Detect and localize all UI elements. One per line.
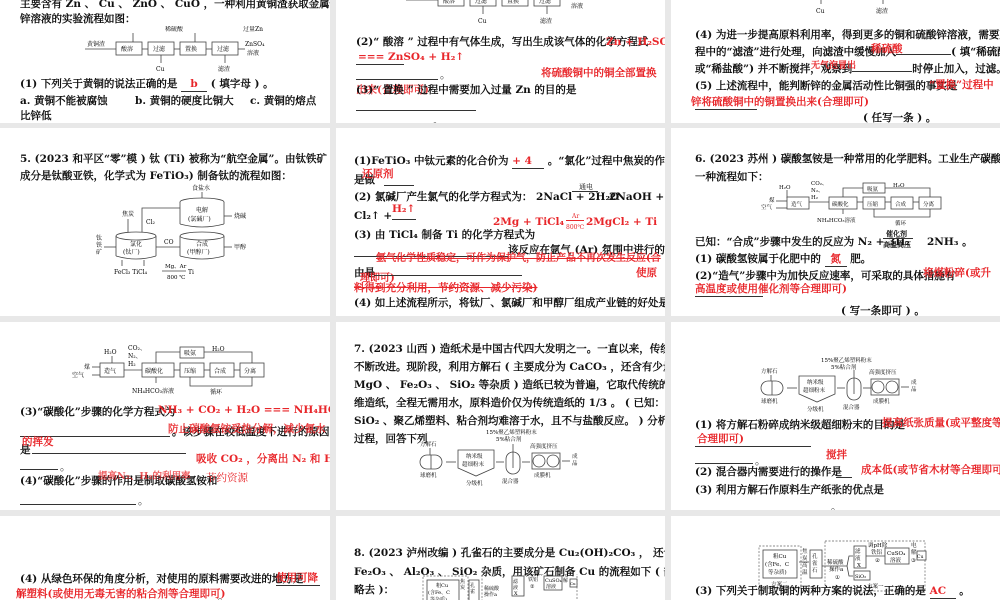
svg-text:铁铝: 铁铝 (871, 548, 883, 556)
answer-line (20, 469, 58, 470)
svg-text:③: ③ (911, 557, 916, 564)
period: 。 (433, 114, 444, 123)
question-5-title: 5. (2023 和平区“零”模 ) 钛 (Ti) 被称为“航空金属”。由钛铁矿… (20, 152, 330, 166)
condition-label: 高温高压 (883, 238, 911, 252)
svg-text:孔: 孔 (470, 582, 475, 589)
svg-text:(含Fe、C: (含Fe、C (765, 560, 789, 568)
svg-text:5%粘合剂: 5%粘合剂 (496, 435, 522, 443)
option-c-wrap: 比锌低 (20, 109, 52, 123)
svg-text:CuSO₄: CuSO₄ (887, 551, 906, 557)
flow-label: 稀硫酸 (165, 26, 184, 33)
question-1: (1)FeTiO₃ 中钛元素的化合价为 + 4 。“氯化”过程中焦炭的作用 (354, 154, 665, 169)
svg-text:Cu: Cu (478, 18, 487, 25)
answer-4a: 吸收 CO₂ ，分离出 N₂ 和 H₂ (196, 452, 330, 466)
svg-text:滤渣: 滤渣 (876, 7, 888, 15)
svg-text:成: 成 (911, 378, 917, 386)
known-reaction: 已知：“合成”步骤中发生的反应为 N₂ + 3H₂ (695, 235, 910, 249)
svg-text:置换: 置换 (185, 45, 197, 53)
svg-text:Cu: Cu (156, 66, 165, 73)
svg-text:Ti: Ti (188, 269, 194, 276)
svg-text:稀硫酸: 稀硫酸 (827, 558, 844, 566)
svg-text:CO₂、: CO₂、 (128, 345, 146, 352)
answer-line (20, 504, 136, 505)
svg-text:空气: 空气 (72, 371, 84, 379)
svg-text:稀硫酸: 稀硫酸 (484, 585, 500, 592)
svg-text:NH₄HCO₃溶液: NH₄HCO₃溶液 (132, 387, 174, 395)
answer-line (695, 109, 757, 110)
answer-2: 搅拌 (826, 448, 847, 462)
svg-text:分级机: 分级机 (466, 479, 483, 487)
question-5-tail: ( 任写一条 ) 。 (863, 111, 936, 123)
svg-text:15%聚乙烯塑料粉末: 15%聚乙烯塑料粉末 (821, 356, 872, 364)
period: 。 (831, 500, 842, 510)
svg-text:H₂O: H₂O (212, 346, 225, 353)
question-1: (1) 将方解石粉碎成纳米级超细粉末的目的是 (695, 418, 905, 432)
answer-line (695, 446, 811, 447)
svg-text:H₂O: H₂O (779, 185, 791, 191)
svg-text:空气: 空气 (761, 203, 773, 211)
option-c: c. 黄铜的熔点 (250, 94, 316, 108)
copper-flow-diagram: 粗Cu(含Fe、C等杂质) 焦炭 孔雀 稀硫酸操作a 滤液X 调pH除铁铝② C… (422, 574, 592, 600)
answer: b (181, 77, 207, 92)
answer-3b: 2MgCl₂ + Ti (586, 215, 657, 229)
answer-line (695, 463, 753, 464)
answer-line (32, 453, 186, 454)
flow-label: 过量Zn (243, 26, 263, 33)
question-4: (4) 如上述流程所示，将钛厂、氯碱厂和甲醇厂组成产业链的好处是 (354, 296, 665, 310)
question-7-body: SiO₂ 、聚乙烯塑料、粘合剂均难溶于水，且不与盐酸反应。 ) 分析生产 (354, 414, 665, 428)
flow-diagram: Cu 滤渣 (801, 0, 921, 21)
answer-4b: 节约资源 (206, 471, 248, 485)
answer-3: 成本低(或节省木材等合理即可) (861, 463, 1000, 477)
svg-text:②: ② (530, 584, 535, 590)
svg-text:酸溶: 酸溶 (443, 0, 455, 5)
option-a: a. 黄铜不能被腐蚀 (20, 94, 108, 108)
question-4: (4) 从绿色环保的角度分析，对使用的原料需要改进的地方是 (20, 572, 303, 586)
svg-text:②: ② (875, 557, 880, 564)
slide-9[interactable]: 15%聚乙烯塑料粉末5%粘合剂 方解石 球磨机 纳米级超细粉末 分级机 混合器 … (671, 322, 1000, 510)
svg-text:孔: 孔 (812, 552, 818, 560)
answer-3a: 2Mg + TiCl₄ (493, 215, 564, 229)
question-1: (1) 下列关于黄铜的说法正确的是 b ( 填字母 ) 。 (20, 77, 274, 92)
svg-text:方解石: 方解石 (761, 367, 778, 375)
question-2: (2) 混合器内需要进行的操作是 (695, 465, 842, 479)
svg-text:(含Fe、C: (含Fe、C (428, 589, 450, 596)
svg-text:品: 品 (911, 385, 917, 393)
ammonium-flow-diagram: H₂OCO₂、N₂、H₂ 煤空气 造气 碳酸化 压缩 合成 分离 吸氨 H₂O … (68, 342, 268, 402)
svg-text:H₂O: H₂O (893, 183, 905, 189)
answer-4: 料得到充分利用，节约资源、减少污染) (354, 281, 537, 295)
answer-4b: 解塑料(或使用无毒无害的粘合剂等合理即可) (16, 587, 225, 600)
svg-text:Mg、Ar: Mg、Ar (165, 264, 187, 270)
answer-4-overlap: 提高N₂、H₂的利用率 (98, 470, 190, 484)
question-3: (3) 由 TiCl₄ 制备 Ti 的化学方程式为 (354, 228, 535, 242)
svg-text:过滤: 过滤 (153, 45, 166, 53)
period: 。 (138, 494, 149, 508)
svg-text:FeCl₃ TiCl₄: FeCl₃ TiCl₄ (114, 269, 148, 276)
question-3: (3)“ 置换 ” 过程中需要加入过量 Zn 的目的是 (356, 83, 576, 97)
svg-text:食盐水: 食盐水 (192, 184, 210, 192)
svg-text:矿: 矿 (96, 248, 102, 256)
slide-4[interactable]: 5. (2023 和平区“零”模 ) 钛 (Ti) 被称为“航空金属”。由钛铁矿… (0, 128, 330, 316)
question-2: (2)“ 酸溶 ” 过程中有气体生成，写出生成该气体的化学方程式 (356, 35, 648, 49)
answer-line (356, 110, 476, 111)
question-6-body: 一种流程如下： (695, 170, 769, 184)
svg-text:铁铝: 铁铝 (528, 576, 538, 583)
answer-3-reason-b: 的挥发 (22, 435, 54, 449)
answer-3: NH₃ + CO₂ + H₂O === NH₄HCO₃ (158, 403, 330, 417)
svg-text:炭: 炭 (802, 554, 808, 562)
period: 。 (218, 590, 229, 600)
svg-text:混合器: 混合器 (502, 477, 519, 485)
question-4-line2: 程中的“滤渣”进行处理，向滤渣中缓慢加入( 填“稀硫酸” (695, 45, 1000, 59)
svg-text:X: X (857, 563, 861, 569)
question-3: (3)“碳酸化”步骤的化学方程式为 (20, 405, 175, 419)
svg-text:氯化: 氯化 (130, 240, 142, 248)
slide-11[interactable]: 8. (2023 泸州改编 ) 孔雀石的主要成分是 Cu₂(OH)₂CO₃ ， … (336, 516, 665, 600)
answer-3-reason: 氩气化学性质稳定，可作为保护气，防止产品不再次发生反应(合 (376, 252, 661, 266)
svg-text:煤: 煤 (769, 196, 775, 204)
question-3: (3) 下列关于制取铜的两种方案的说法，正确的是 AC 。 (695, 584, 970, 599)
question-5: (5) 上述流程中，能判断锌的金属活动性比铜强的事实是 (695, 79, 957, 93)
question-1: (1) 碳酸氢铵属于化肥中的 氮 肥。 (695, 252, 871, 267)
svg-text:Cu: Cu (570, 581, 576, 586)
svg-text:成: 成 (572, 452, 578, 460)
slide-8[interactable]: 7. (2023 山西 ) 造纸术是中国古代四大发明之一。一直以来，传统工艺 不… (336, 322, 665, 510)
svg-text:15%聚乙烯塑料粉末: 15%聚乙烯塑料粉末 (486, 428, 537, 436)
svg-text:造气: 造气 (791, 200, 803, 208)
svg-text:N₂、: N₂、 (128, 353, 142, 360)
answer-4b: 无气泡冒出 (811, 59, 856, 73)
slide-12[interactable]: 粗Cu (含Fe、C 等杂质) 方案二 焦 炭 高 温 孔 雀 石 稀硫酸 操作… (671, 516, 1000, 600)
svg-text:吸氨: 吸氨 (184, 349, 196, 357)
svg-text:分级机: 分级机 (807, 405, 824, 413)
answer-line (356, 79, 438, 80)
svg-text:滤渣: 滤渣 (540, 17, 552, 25)
svg-text:循环: 循环 (210, 388, 223, 396)
svg-text:过滤: 过滤 (539, 0, 552, 5)
svg-text:超细粉末: 超细粉末 (462, 460, 485, 468)
svg-text:压缩: 压缩 (184, 367, 196, 375)
svg-text:方解石: 方解石 (420, 440, 437, 448)
answer: AC (930, 584, 956, 599)
svg-text:溶液: 溶液 (571, 2, 583, 10)
slide-3[interactable]: Cu 滤渣 (4) 为进一步提高原料利用率，得到更多的铜和硫酸锌溶液，需要对流 … (671, 0, 1000, 123)
svg-text:煤: 煤 (84, 363, 90, 371)
svg-text:①: ① (835, 574, 840, 581)
question-6-title: 6. (2023 苏州 ) 碳酸氢铵是一种常用的化学肥料。工业生产碳酸氢铵的 (695, 152, 1000, 166)
question-7-body: 不断改进。现阶段，利用方解石 ( 主要成分为 CaCO₃ ，还含有少量 (354, 360, 665, 374)
svg-text:电解: 电解 (196, 206, 208, 214)
answer-line (384, 185, 414, 186)
svg-text:N₂、: N₂、 (811, 188, 824, 194)
answer-2b: 高温度或使用催化剂等合理即可) (695, 282, 847, 296)
question-2: (2)“造气”步骤中为加快反应速率，可采取的具体措施有 (695, 269, 955, 283)
svg-text:分离: 分离 (244, 367, 256, 375)
svg-text:成膜机: 成膜机 (534, 471, 551, 479)
svg-text:碳酸化: 碳酸化 (832, 200, 849, 208)
period: 。 (440, 68, 451, 82)
equation-bar (572, 191, 598, 192)
question-5-body: 成分是钛酸亚铁，化学式为 FeTiO₃) 制备钛的流程如图： (20, 169, 292, 183)
svg-text:液: 液 (513, 584, 518, 591)
svg-text:过滤: 过滤 (475, 0, 488, 5)
answer-line (392, 219, 416, 220)
question-8-body: 略去 )： (354, 583, 394, 597)
answer-4a: 稀硫酸 (871, 42, 903, 56)
svg-text:吸氨: 吸氨 (867, 185, 879, 193)
svg-text:碳酸化: 碳酸化 (145, 367, 163, 375)
answer-line (276, 585, 320, 586)
svg-text:溶液: 溶液 (890, 556, 902, 564)
svg-text:球磨机: 球磨机 (761, 397, 778, 405)
svg-text:NH₄HCO₃溶液: NH₄HCO₃溶液 (817, 216, 856, 224)
question-2-cont: Cl₂↑ + (354, 209, 392, 223)
svg-text:(氯碱厂): (氯碱厂) (188, 215, 211, 223)
svg-text:X: X (514, 591, 518, 597)
known-reaction-product: 2NH₃ 。 (927, 235, 973, 249)
answer-line (836, 477, 852, 478)
answer-2b: === ZnSO₄ + H₂↑ (358, 50, 464, 64)
svg-text:液: 液 (855, 554, 861, 562)
svg-text:高强度挤压: 高强度挤压 (869, 368, 897, 376)
question-2-tail: ( 写一条即可 ) 。 (841, 304, 925, 316)
svg-text:(甲醇厂): (甲醇厂) (187, 248, 210, 256)
svg-text:滤: 滤 (855, 547, 861, 555)
svg-text:混合器: 混合器 (843, 403, 860, 411)
flow-diagram: 酸溶 过滤 置换 过滤 溶液 Cu 滤渣 (406, 0, 606, 29)
svg-text:炭: 炭 (460, 584, 465, 591)
question-8-title: 8. (2023 泸州改编 ) 孔雀石的主要成分是 Cu₂(OH)₂CO₃ ， … (354, 546, 665, 560)
svg-text:合成: 合成 (196, 240, 208, 248)
svg-text:纳米级: 纳米级 (466, 452, 483, 460)
slide-1[interactable]: 主要含有 Zn 、 Cu 、 ZnO 、 CuO ，一种利用黄铜渣获取金属铜和硫… (0, 0, 330, 123)
flow-diagram: 稀硫酸 过量Zn 黄铜渣 酸溶 过滤 置换 过滤 ZnSO₄溶液 Cu 滤渣 (85, 26, 285, 76)
answer-5a: “置换”过程中 (929, 78, 994, 92)
period: 。 (60, 460, 71, 474)
slide-2[interactable]: 酸溶 过滤 置换 过滤 溶液 Cu 滤渣 (2)“ 酸溶 ” 过程中有气体生成，… (336, 0, 665, 123)
svg-text:分离: 分离 (923, 200, 935, 208)
answer-4-tail: 使原 (636, 266, 657, 280)
svg-text:钛: 钛 (96, 234, 102, 242)
answer-line (374, 275, 522, 276)
svg-text:雀: 雀 (812, 559, 818, 567)
svg-text:铁: 铁 (96, 241, 102, 249)
svg-text:CO₂、: CO₂、 (811, 181, 827, 187)
svg-text:压缩: 压缩 (867, 200, 879, 208)
flow-label: 黄铜渣 (87, 40, 105, 48)
svg-text:焦: 焦 (802, 547, 808, 555)
option-b: b. 黄铜的硬度比铜大 (135, 94, 234, 108)
question-7-body: 维造纸，全程无需用水，原料造价仅为传统造纸的 1/3 。 ( 已知： (354, 396, 665, 410)
svg-text:过滤: 过滤 (217, 45, 230, 53)
svg-text:CO: CO (164, 239, 174, 246)
ammonium-flow-diagram: H₂OCO₂、N₂、H₂ 煤空气 造气 碳酸化 压缩 合成 分离 吸氨 H₂O … (759, 180, 949, 230)
svg-text:纳米级: 纳米级 (807, 378, 824, 386)
svg-text:温: 温 (802, 568, 808, 576)
svg-text:高强度挤压: 高强度挤压 (530, 442, 558, 450)
svg-text:球磨机: 球磨机 (420, 471, 437, 479)
svg-text:(钛厂): (钛厂) (123, 248, 140, 256)
condition-label: 800℃ (566, 221, 584, 235)
answer-line (356, 64, 404, 65)
answer-2a: 将煤粉碎(或升 (923, 266, 991, 280)
svg-text:循环: 循环 (895, 219, 907, 227)
svg-text:ZnSO₄: ZnSO₄ (245, 41, 265, 48)
question-4: (4) 为进一步提高原料利用率，得到更多的铜和硫酸锌溶液，需要对流 (695, 28, 1000, 42)
svg-text:Cl₂: Cl₂ (146, 219, 156, 226)
svg-text:酸溶: 酸溶 (121, 45, 133, 53)
answer-4a: 使用可降 (276, 571, 318, 585)
answer-3a: 将硫酸铜中的铜全部置换 (541, 66, 657, 80)
svg-text:H₂: H₂ (811, 195, 818, 201)
svg-text:溶液: 溶液 (247, 49, 259, 57)
svg-text:H₂O: H₂O (104, 349, 117, 356)
svg-text:800 ℃: 800 ℃ (167, 274, 185, 281)
svg-text:超细粉末: 超细粉末 (803, 386, 826, 394)
svg-text:等杂质): 等杂质) (430, 596, 447, 600)
question-3: (3) 利用方解石作原料生产纸张的优点是 (695, 483, 884, 497)
answer-2: H₂↑ (392, 202, 415, 216)
titanium-flow-diagram: 食盐水 电解(氯碱厂) 烧碱 焦炭 Cl₂ 氯化(钛厂) 钛铁矿 CO 合成(甲… (92, 184, 262, 284)
paper-flow-diagram: 15%聚乙烯塑料粉末5%粘合剂 方解石 球磨机 纳米级超细粉末 分级机 混合器 … (759, 356, 929, 416)
svg-text:石: 石 (812, 567, 818, 574)
answer-2a: Zn + H₂SO₄ (606, 35, 665, 49)
slide-6[interactable]: 6. (2023 苏州 ) 碳酸氢铵是一种常用的化学肥料。工业生产碳酸氢铵的 一… (671, 128, 1000, 316)
svg-text:H₂: H₂ (128, 361, 136, 368)
intro-text: 主要含有 Zn 、 Cu 、 ZnO 、 CuO ，一种利用黄铜渣获取金属铜和硫… (20, 0, 330, 11)
svg-text:Cu: Cu (816, 8, 825, 15)
paper-flow-diagram: 15%聚乙烯塑料粉末5%粘合剂 方解石 球磨机 纳米级超细粉末 分级机 混合器 … (416, 428, 586, 488)
svg-text:焦炭: 焦炭 (122, 210, 134, 218)
svg-text:烧碱: 烧碱 (234, 212, 246, 220)
intro-text: 锌溶液的实验流程如图： (20, 12, 136, 26)
slide-7[interactable]: H₂OCO₂、N₂、H₂ 煤空气 造气 碳酸化 压缩 合成 分离 吸氨 H₂O … (0, 322, 330, 510)
svg-text:SiO₂: SiO₂ (855, 574, 866, 580)
svg-text:解: 解 (563, 577, 568, 584)
svg-text:等杂质): 等杂质) (768, 568, 787, 576)
svg-text:粗Cu: 粗Cu (436, 582, 449, 589)
slide-10[interactable]: (4) 从绿色环保的角度分析，对使用的原料需要改进的地方是 使用可降 解塑料(或… (0, 516, 330, 600)
answer-line (695, 296, 763, 297)
svg-text:操作a: 操作a (484, 591, 497, 598)
svg-text:焦: 焦 (460, 578, 466, 585)
question-7-title: 7. (2023 山西 ) 造纸术是中国古代四大发明之一。一直以来，传统工艺 (354, 342, 665, 356)
svg-text:造气: 造气 (104, 367, 116, 375)
svg-text:溶液: 溶液 (546, 583, 556, 590)
svg-text:合成: 合成 (895, 200, 907, 208)
svg-text:粗Cu: 粗Cu (773, 552, 787, 560)
answer-1a: 提高纸张质量(或平整度等 (882, 416, 1000, 430)
answer-3-reason: 防止碳酸氢铵受热分解，减少氨水 (168, 422, 326, 436)
svg-text:成膜机: 成膜机 (873, 397, 890, 405)
slide-5[interactable]: (1)FeTiO₃ 中钛元素的化合价为 + 4 。“氯化”过程中焦炭的作用 是做… (336, 128, 665, 316)
svg-text:合成: 合成 (214, 367, 226, 375)
question-7-body: MgO 、 Fe₂O₃ 、 SiO₂ 等杂质 ) 造纸已较为普遍，它取代传统的植… (354, 378, 665, 392)
svg-text:电: 电 (911, 541, 917, 549)
svg-text:雀: 雀 (470, 588, 475, 595)
svg-text:品: 品 (572, 459, 578, 467)
answer-1b: 合理即可) (697, 432, 744, 446)
svg-text:置换: 置换 (507, 0, 519, 5)
svg-text:Cu: Cu (917, 554, 923, 560)
answer-1b: 还原剂 (362, 167, 394, 181)
svg-text:滤渣: 滤渣 (218, 65, 230, 73)
answer-5b: 锌将硫酸铜中的铜置换出来(合理即可) (691, 95, 869, 109)
svg-text:甲醇: 甲醇 (234, 243, 246, 251)
question-2-product: 2NaOH + (609, 190, 664, 204)
svg-text:5%粘合剂: 5%粘合剂 (831, 363, 857, 371)
